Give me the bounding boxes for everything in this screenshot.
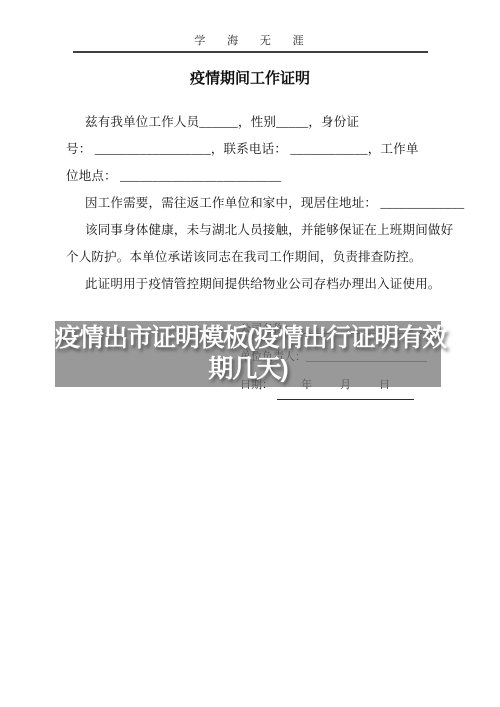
body-line: 此证明用于疫情管控期间提供给物业公司存档办理出入证使用。 [66,271,440,298]
body-line: 该同事身体健康，未与湖北人员接触，并能够保证在上班期间做好 [66,217,440,244]
body-line: 位地点： _________________________ [66,163,440,190]
body-line: 因工作需要，需往返工作单位和家中，现居住地址： _____________ [66,190,440,217]
page-header: 学 海 无 涯 [73,31,428,53]
document-title: 疫情期间工作证明 [0,67,500,88]
body-line: 号： __________________，联系电话： ____________… [66,136,440,163]
body-line: 个人防护。本单位承诺该同志在我司工作期间，负责排查防控。 [66,244,440,271]
header-motto: 学 海 无 涯 [194,32,306,51]
document-page: { "colors": { "page_background": "#fffff… [0,0,500,707]
certificate-body: 兹有我单位工作人员______，性别_____，身份证 号： _________… [66,109,440,298]
watermark-title-line1: 疫情出市证明模板(疫情出行证明有效 [55,323,441,354]
body-line: 兹有我单位工作人员______，性别_____，身份证 [66,109,440,136]
watermark-title-line2: 期几天) [55,354,441,385]
watermark-band: 疫情出市证明模板(疫情出行证明有效 期几天) [55,321,441,387]
